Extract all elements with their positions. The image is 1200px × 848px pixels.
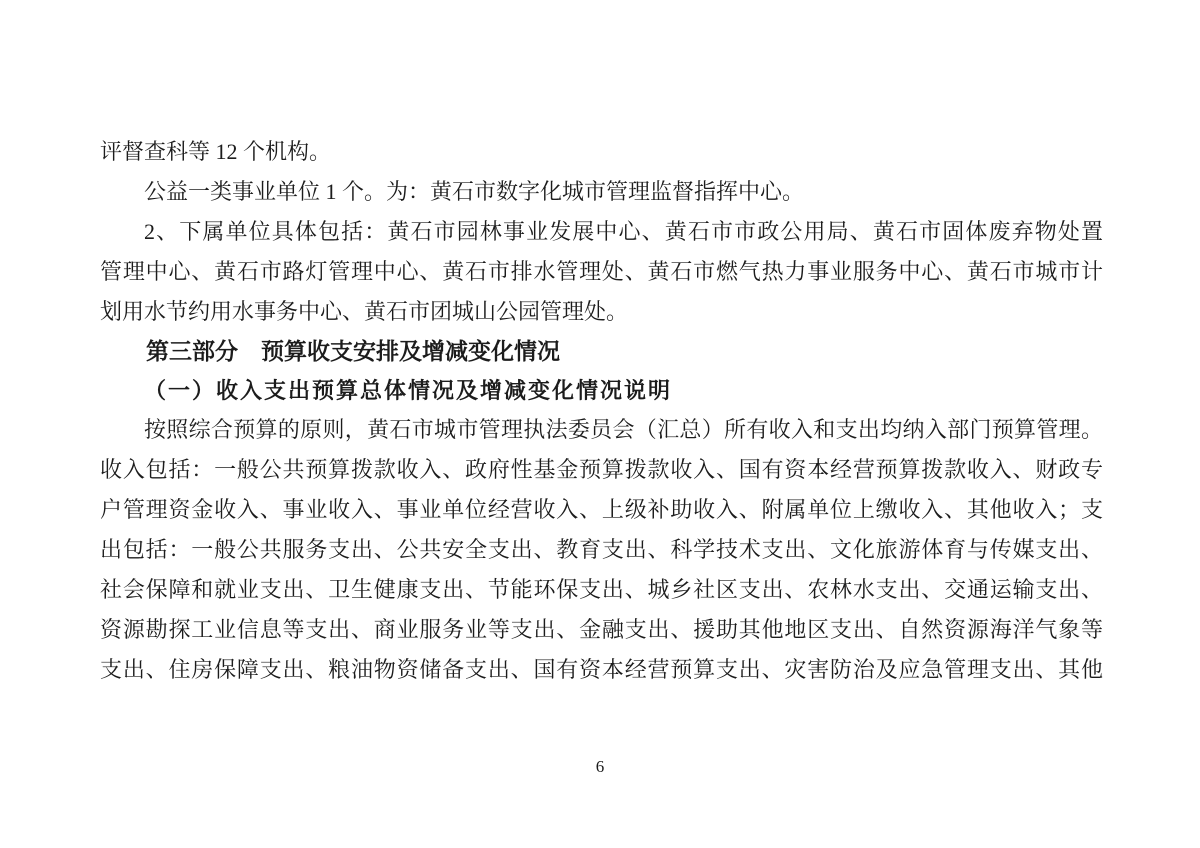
text-line: 公益一类事业单位 1 个。为：黄石市数字化城市管理监督指挥中心。 xyxy=(100,172,1103,212)
text-line: 出包括：一般公共服务支出、公共安全支出、教育支出、科学技术支出、文化旅游体育与传… xyxy=(100,530,1103,570)
page-number: 6 xyxy=(0,757,1200,777)
text-line: 收入包括：一般公共预算拨款收入、政府性基金预算拨款收入、国有资本经营预算拨款收入… xyxy=(100,450,1103,490)
text-line: 资源勘探工业信息等支出、商业服务业等支出、金融支出、援助其他地区支出、自然资源海… xyxy=(100,610,1103,650)
text-line: 户管理资金收入、事业收入、事业单位经营收入、上级补助收入、附属单位上缴收入、其他… xyxy=(100,490,1103,530)
subsection-heading: （一）收入支出预算总体情况及增减变化情况说明 xyxy=(100,371,1103,410)
text-line: 划用水节约用水事务中心、黄石市团城山公园管理处。 xyxy=(100,292,1103,332)
text-line: 2、下属单位具体包括：黄石市园林事业发展中心、黄石市市政公用局、黄石市固体废弃物… xyxy=(100,212,1103,252)
document-page: 评督查科等 12 个机构。公益一类事业单位 1 个。为：黄石市数字化城市管理监督… xyxy=(0,0,1200,848)
text-line: 按照综合预算的原则，黄石市城市管理执法委员会（汇总）所有收入和支出均纳入部门预算… xyxy=(100,410,1103,450)
document-body: 评督查科等 12 个机构。公益一类事业单位 1 个。为：黄石市数字化城市管理监督… xyxy=(100,132,1103,690)
text-line: 管理中心、黄石市路灯管理中心、黄石市排水管理处、黄石市燃气热力事业服务中心、黄石… xyxy=(100,252,1103,292)
text-line: 评督查科等 12 个机构。 xyxy=(100,132,1103,172)
text-line: 社会保障和就业支出、卫生健康支出、节能环保支出、城乡社区支出、农林水支出、交通运… xyxy=(100,570,1103,610)
text-line: 支出、住房保障支出、粮油物资储备支出、国有资本经营预算支出、灾害防治及应急管理支… xyxy=(100,650,1103,690)
section-heading: 第三部分 预算收支安排及增减变化情况 xyxy=(100,332,1103,371)
